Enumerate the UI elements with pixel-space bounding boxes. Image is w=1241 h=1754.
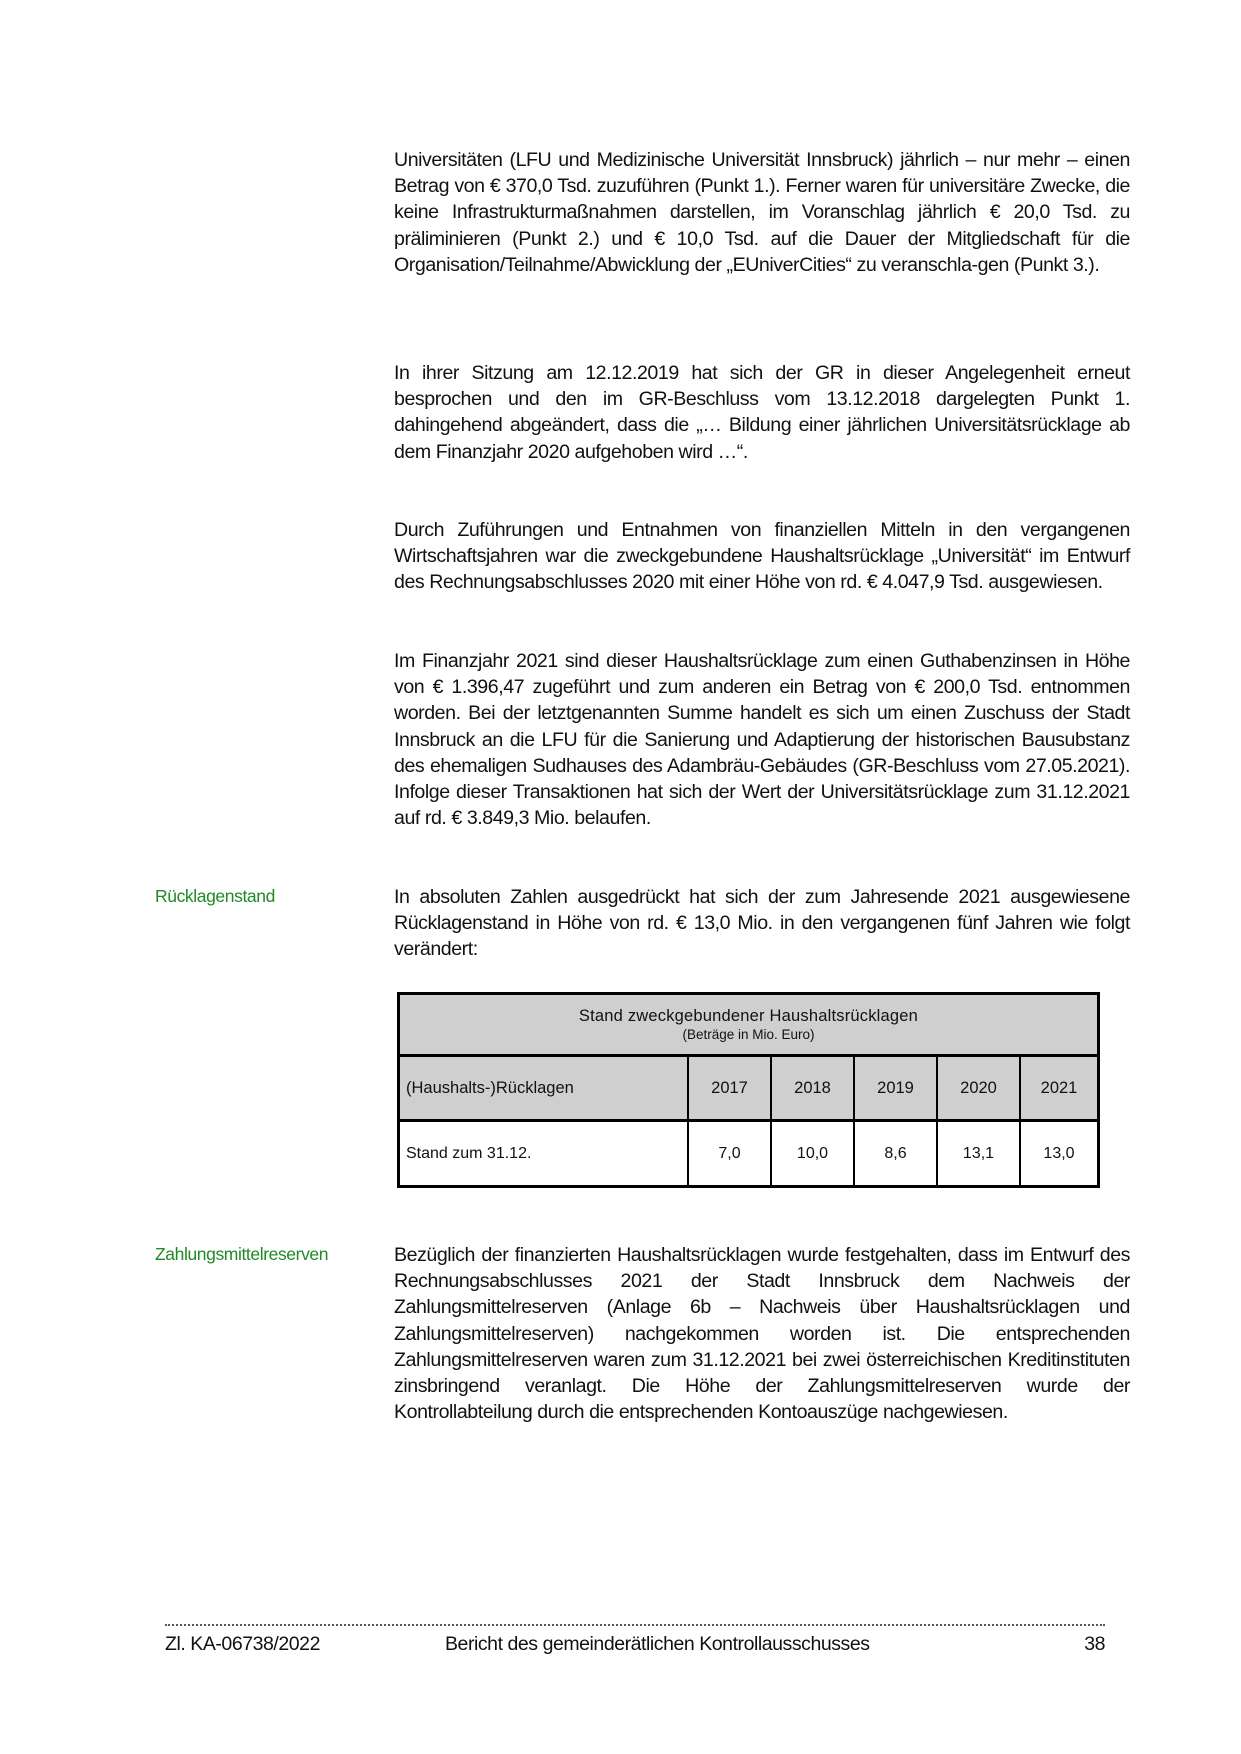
table-header-cell: 2019 [853, 1057, 936, 1119]
table-cell: 13,0 [1019, 1122, 1097, 1185]
table-title: Stand zweckgebundener Haushaltsrücklagen [400, 995, 1097, 1026]
footer-divider [165, 1624, 1105, 1626]
paragraph-text: Durch Zuführungen und Entnahmen von fina… [394, 517, 1130, 596]
margin-label-zahlungsmittelreserven: Zahlungsmittelreserven [155, 1244, 328, 1265]
table-cell: 8,6 [853, 1122, 936, 1185]
table-header-cell: (Haushalts-)Rücklagen [400, 1057, 687, 1119]
table-header-cell: 2018 [770, 1057, 853, 1119]
table-header-cell: 2020 [936, 1057, 1019, 1119]
paragraph-text: In absoluten Zahlen ausgedrückt hat sich… [394, 884, 1130, 963]
paragraph-eunivercities: Universitäten (LFU und Medizinische Univ… [394, 147, 1130, 278]
table-title-block: Stand zweckgebundener Haushaltsrücklagen… [400, 995, 1097, 1057]
paragraph-text: Bezüglich der finanzierten Haushaltsrück… [394, 1242, 1130, 1425]
table-cell: 10,0 [770, 1122, 853, 1185]
paragraph-gr-session-2019: In ihrer Sitzung am 12.12.2019 hat sich … [394, 360, 1130, 465]
table-row: Stand zum 31.12. 7,0 10,0 8,6 13,1 13,0 [400, 1122, 1097, 1185]
paragraph-text: In ihrer Sitzung am 12.12.2019 hat sich … [394, 360, 1130, 465]
table-subtitle: (Beträge in Mio. Euro) [400, 1027, 1097, 1042]
margin-label-ruecklagenstand: Rücklagenstand [155, 886, 275, 907]
paragraph-reserve-level: In absoluten Zahlen ausgedrückt hat sich… [394, 884, 1130, 963]
table-header-cell: 2017 [687, 1057, 770, 1119]
table-header-cell: 2021 [1019, 1057, 1097, 1119]
paragraph-text: Universitäten (LFU und Medizinische Univ… [394, 147, 1130, 278]
table-cell: Stand zum 31.12. [400, 1122, 687, 1185]
paragraph-payment-reserves: Bezüglich der finanzierten Haushaltsrück… [394, 1242, 1130, 1425]
table-cell: 7,0 [687, 1122, 770, 1185]
paragraph-financial-year-2021: Im Finanzjahr 2021 sind dieser Haushalts… [394, 648, 1130, 831]
paragraph-text: Im Finanzjahr 2021 sind dieser Haushalts… [394, 648, 1130, 831]
reserves-table: Stand zweckgebundener Haushaltsrücklagen… [397, 992, 1100, 1188]
table-cell: 13,1 [936, 1122, 1019, 1185]
table-header-row: (Haushalts-)Rücklagen 2017 2018 2019 202… [400, 1057, 1097, 1122]
paragraph-reserve-2020: Durch Zuführungen und Entnahmen von fina… [394, 517, 1130, 596]
page-footer: Zl. KA-06738/2022 Bericht des gemeinderä… [165, 1633, 1105, 1657]
footer-title: Bericht des gemeinderätlichen Kontrollau… [445, 1633, 870, 1656]
footer-reference: Zl. KA-06738/2022 [165, 1633, 320, 1656]
page-number: 38 [1084, 1633, 1105, 1656]
